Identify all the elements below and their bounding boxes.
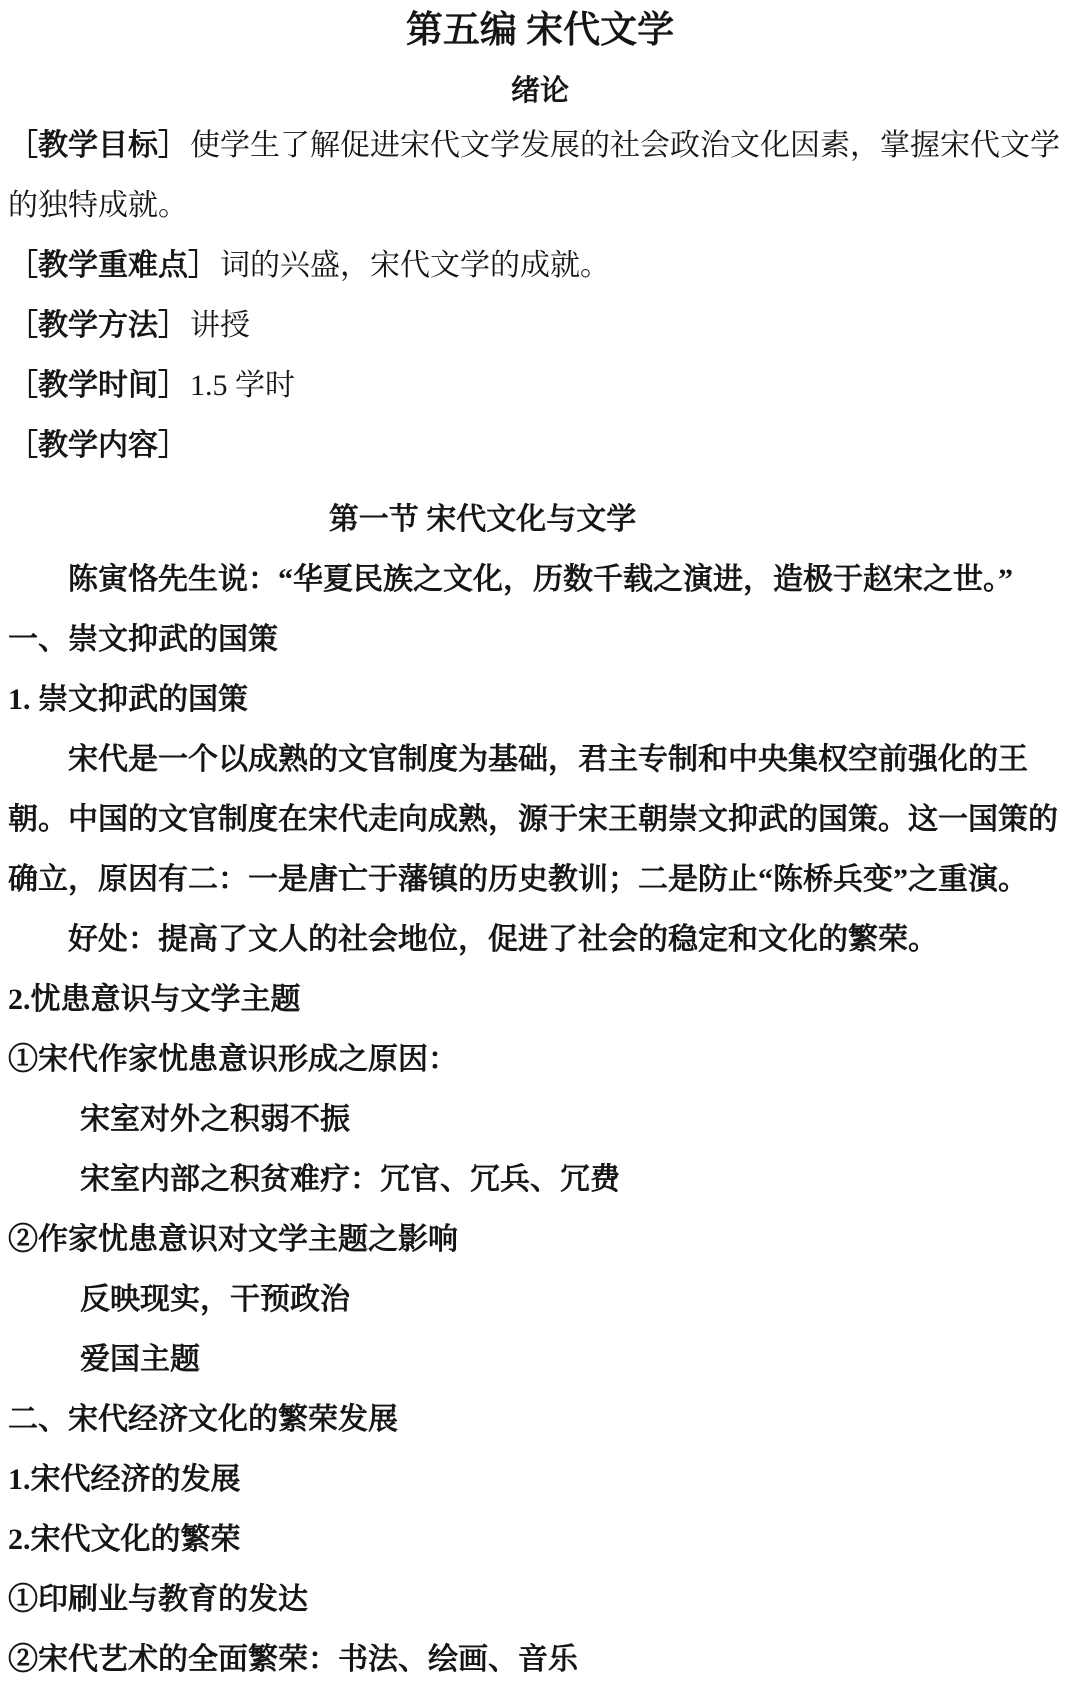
meta-line-method: ［教学方法］讲授 [8, 296, 1072, 356]
doc-body: ［教学目标］使学生了解促进宋代文学发展的社会政治文化因素，掌握宋代文学的独特成就… [8, 116, 1072, 1689]
meta-line-objectives: ［教学目标］使学生了解促进宋代文学发展的社会政治文化因素，掌握宋代文学的独特成就… [8, 116, 1072, 236]
heading-one-chongwen-yiwu: 一、崇文抑武的国策 [8, 610, 1072, 670]
paragraph-benefits: 好处：提高了文人的社会地位，促进了社会的稳定和文化的繁荣。 [8, 910, 1072, 970]
subitem-1-reasons: ①宋代作家忧患意识形成之原因： [8, 1030, 1072, 1090]
item-1-chongwen-yiwu: 1. 崇文抑武的国策 [8, 670, 1072, 730]
line-internal-poverty: 宋室内部之积贫难疗：冗官、冗兵、冗费 [8, 1150, 1072, 1210]
line-external-weakness: 宋室对外之积弱不振 [8, 1090, 1072, 1150]
item-2-culture-prosperity: 2.宋代文化的繁荣 [8, 1510, 1072, 1570]
item-2-worry-consciousness: 2.忧患意识与文学主题 [8, 970, 1072, 1030]
subitem-2-arts-prosperity: ②宋代艺术的全面繁荣：书法、绘画、音乐 [8, 1630, 1072, 1689]
paragraph-song-civil-system: 宋代是一个以成熟的文官制度为基础，君主专制和中央集权空前强化的王朝。中国的文官制… [8, 730, 1072, 910]
doc-subtitle: 绪论 [8, 70, 1072, 112]
meta-line-key-points: ［教学重难点］词的兴盛，宋代文学的成就。 [8, 236, 1072, 296]
meta-label-hours: ［教学时间］ [8, 369, 188, 402]
meta-content-method: 讲授 [190, 309, 250, 342]
meta-label-method: ［教学方法］ [8, 309, 188, 342]
meta-line-hours: ［教学时间］1.5 学时 [8, 356, 1072, 416]
doc-title: 第五编 宋代文学 [8, 6, 1072, 56]
quote-chen-yinke: 陈寅恪先生说：“华夏民族之文化，历数千载之演进，造极于赵宋之世。” [8, 550, 1072, 610]
subitem-2-influence-on-themes: ②作家忧患意识对文学主题之影响 [8, 1210, 1072, 1270]
heading-two-economy-culture: 二、宋代经济文化的繁荣发展 [8, 1390, 1072, 1450]
line-reflect-reality: 反映现实，干预政治 [8, 1270, 1072, 1330]
meta-label-key-points: ［教学重难点］ [8, 249, 218, 282]
meta-label-objectives: ［教学目标］ [8, 129, 188, 162]
meta-content-key-points: 词的兴盛，宋代文学的成就。 [220, 249, 610, 282]
item-1-economy-development: 1.宋代经济的发展 [8, 1450, 1072, 1510]
subitem-1-printing-education: ①印刷业与教育的发达 [8, 1570, 1072, 1630]
meta-label-content: ［教学内容］ [8, 429, 188, 462]
section-heading: 第一节 宋代文化与文学 [8, 490, 1072, 550]
line-patriotic-theme: 爱国主题 [8, 1330, 1072, 1390]
document-page: 第五编 宋代文学 绪论 ［教学目标］使学生了解促进宋代文学发展的社会政治文化因素… [0, 0, 1080, 1689]
meta-line-content: ［教学内容］ [8, 416, 1072, 476]
meta-content-hours: 1.5 学时 [190, 369, 295, 402]
